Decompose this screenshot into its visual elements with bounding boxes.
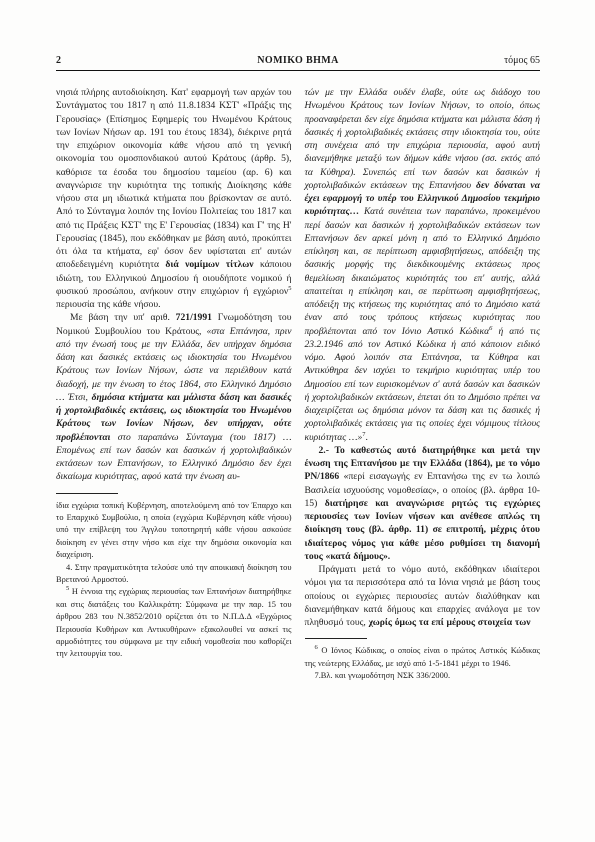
text-run: διά νομίμων τίτλων [165, 259, 260, 270]
page-content: 2 ΝΟΜΙΚΟ ΒΗΜΑ τόμος 65 νησιά πλήρης αυτο… [56, 55, 540, 682]
text-run: περιουσία της κάθε νήσου. [56, 299, 161, 310]
page-number: 2 [56, 55, 177, 66]
right-footnotes-text: 6 Ο Ιόνιος Κώδικας, ο οποίος είναι ο πρώ… [305, 645, 541, 682]
paragraph: Πράγματι μετά το νόμο αυτό, εκδόθηκαν ιδ… [305, 563, 541, 629]
two-column-body: νησιά πλήρης αυτοδιοίκηση. Κατ' εφαρμογή… [56, 86, 540, 682]
page-header: 2 ΝΟΜΙΚΟ ΒΗΜΑ τόμος 65 [56, 55, 540, 71]
right-column-text: τών με την Ελλάδα ουδέν έλαβε, ούτε ως δ… [305, 86, 541, 629]
text-run: 7.Βλ. και γνωμοδότηση ΝΣΚ 336/2000. [315, 671, 451, 680]
paragraph: 6 Ο Ιόνιος Κώδικας, ο οποίος είναι ο πρώ… [305, 645, 541, 670]
text-run: ίδια εγχώρια τοπική Κυβέρνηση, αποτελούμ… [56, 501, 292, 560]
left-column-text: νησιά πλήρης αυτοδιοίκηση. Κατ' εφαρμογή… [56, 86, 292, 484]
footnote-separator [56, 493, 118, 494]
right-footnotes: 6 Ο Ιόνιος Κώδικας, ο οποίος είναι ο πρώ… [305, 638, 541, 682]
text-run: νησιά πλήρης αυτοδιοίκηση. Κατ' εφαρμογή… [56, 87, 292, 270]
text-run: χωρίς όμως τα επί μέρους στοιχεία των [369, 617, 531, 628]
text-run: Η έννοια της εγχώριας περιουσίας των Επτ… [56, 587, 292, 658]
footnote-marker: 5 [288, 285, 291, 292]
text-run: 4. Στην πραγματικότητα τελούσε υπό την α… [56, 563, 292, 584]
text-run: Κατά συνέπεια των παραπάνω, προκειμένου … [305, 206, 541, 336]
text-run: ή από τις 23.2.1946 από τον Αστικό Κώδικ… [305, 326, 541, 443]
paragraph: 5 Η έννοια της εγχώριας περιουσίας των Ε… [56, 586, 292, 660]
paragraph: 7.Βλ. και γνωμοδότηση ΝΣΚ 336/2000. [305, 670, 541, 682]
paragraph: Με βάση την υπ' αριθ. 721/1991 Γνωμοδότη… [56, 311, 292, 483]
left-footnotes: ίδια εγχώρια τοπική Κυβέρνηση, αποτελούμ… [56, 493, 292, 661]
text-run: Με βάση την υπ' αριθ. [70, 312, 176, 323]
text-run: διατήρησε και αναγνώρισε ρητώς τις εγχώρ… [305, 498, 541, 562]
volume-label: τόμος 65 [419, 55, 540, 66]
footnote-separator [305, 638, 367, 639]
left-column: νησιά πλήρης αυτοδιοίκηση. Κατ' εφαρμογή… [56, 86, 292, 682]
text-run: . [366, 432, 368, 443]
paragraph: 4. Στην πραγματικότητα τελούσε υπό την α… [56, 562, 292, 587]
right-column: τών με την Ελλάδα ουδέν έλαβε, ούτε ως δ… [305, 86, 541, 682]
left-footnotes-text: ίδια εγχώρια τοπική Κυβέρνηση, αποτελούμ… [56, 500, 292, 661]
paragraph: τών με την Ελλάδα ουδέν έλαβε, ούτε ως δ… [305, 86, 541, 444]
paragraph: νησιά πλήρης αυτοδιοίκηση. Κατ' εφαρμογή… [56, 86, 292, 311]
document-page: 2 ΝΟΜΙΚΟ ΒΗΜΑ τόμος 65 νησιά πλήρης αυτο… [0, 0, 595, 842]
text-run: Ο Ιόνιος Κώδικας, ο οποίος είναι ο πρώτο… [305, 646, 541, 667]
paragraph: 2.- Το καθεστώς αυτό διατηρήθηκε και μετ… [305, 444, 541, 563]
paragraph: ίδια εγχώρια τοπική Κυβέρνηση, αποτελούμ… [56, 500, 292, 562]
text-run: 721/1991 [176, 312, 212, 323]
text-run: τών με την Ελλάδα ουδέν έλαβε, ούτε ως δ… [305, 87, 541, 191]
journal-title: ΝΟΜΙΚΟ ΒΗΜΑ [177, 55, 419, 66]
